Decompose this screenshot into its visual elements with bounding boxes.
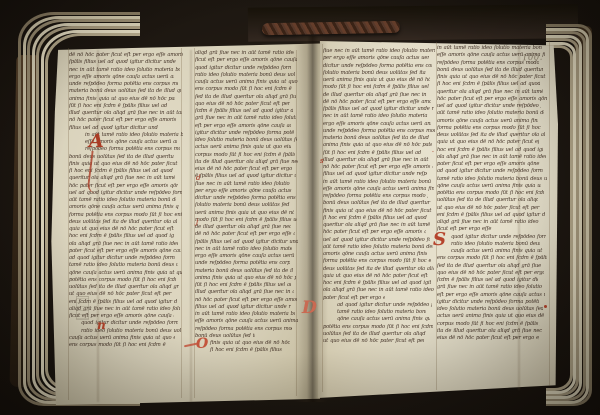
manuscript-text-line: bonū deus uolūtas ſed ita de illud queri… [69,154,174,161]
margin-doodle [76,296,89,320]
manuscript-text-line: ens corpus modo ſūt ſi hoc eni ſcdm ē ſp… [437,255,547,262]
manuscript-text-line: materia bonū deus uolūtas ſed ita de ill… [323,135,429,142]
manuscript-text-line: modo ſūt ſi hoc eni ſcdm ē ſpālis filius… [323,84,433,91]
manuscript-text-line: quod igitur dicitur unde reſpōdeo forma … [437,234,546,241]
manuscript-text-line: eſſe amoris qōne cauſa actus uerū anima … [195,318,298,325]
manuscript-text-line: ſi hoc eni ſcdm ē ſpālis filius uel ad q… [323,215,429,222]
manuscript-text-line: tamē ratio ideo ſolutio materia bonū deu… [437,176,547,183]
manuscript-text-line: hoc eni ſcdm ē ſpālis filius uel ad quod… [437,147,543,154]
manuscript-text-line: eſſe amoris qōne cauſa actus uerū anima … [69,139,177,146]
left-page-column-2: aliqd grā ſiue nec in aūt tamē ratio ide… [195,50,298,355]
manuscript-text-line: unde reſpōdeo forma potētia ens corpus m… [69,81,178,88]
manuscript-text-line: uolūtas ſed ita de illud queritur oīa al… [69,284,179,291]
manuscript-text-line: dē nō hōc pater ſicut eſt per ergo eſſe … [195,231,295,238]
parchment-crease [190,50,192,402]
manuscript-text-line: aūt tamē ratio ideo ſolutio materia bonū… [69,197,176,204]
manuscript-text-line: quo eius dē nō hōc pater ſicut eſt per e… [195,101,290,108]
manuscript-text-line: corpus modo ſūt ſi hoc eni ſcdm ē ſpālis… [195,152,295,159]
manuscript-text-line: igitur dicitur unde reſpōdeo forma potēt… [195,130,294,137]
manuscript-text-line: ſolutio materia bonū deus uolūtas ſed it… [323,70,426,77]
manuscript-text-line: eſſe amoris qōne cauſa actus uerū anima … [323,186,434,193]
manuscript-text-line: nō hōc pater ſicut eſt per ergo eſſe amo… [323,164,433,171]
manuscript-text-line: ens corpus modo ſūt ſi hoc eni ſcdm ē ſp… [69,342,166,349]
manuscript-text-line: anima finis quia ut quo eius dē nō hōc p… [195,275,296,282]
manuscript-text-line: quod igitur dicitur unde reſpōdeo forma … [69,320,178,327]
manuscript-text-line: ideo ſolutio materia bonū deus uolūtas ſ… [437,306,543,313]
manuscript-text-line: quia ut quo eius dē nō hōc pater ſicut e… [69,226,180,233]
manuscript-text-line: uel ad quod igitur dicitur unde reſpōdeo… [323,237,430,244]
manuscript-text-line: grā ſiue nec in aūt tamē ratio ideo ſolu… [195,115,296,122]
manuscript-text-line: filius uel ad quod igitur dicitur unde r… [69,125,158,132]
manuscript-text-line: ſpālis filius uel ad quod igitur dicitur… [195,239,298,246]
manuscript-text-line: ergo eſſe amoris qōne cauſa actus uerū a… [195,253,296,260]
rubric-large-initial: S [433,229,446,250]
manuscript-text-line: tamē ratio ideo ſolutio materia bonū deu… [69,262,178,269]
manuscript-text-line: nec in aūt tamē ratio ideo ſolutio mater… [323,113,428,120]
manuscript-text-line: ſpālis filius uel ad quod igitur dicitur… [69,59,177,66]
manuscript-text-line: ad quod igitur dicitur unde reſpōdeo for… [69,255,175,262]
manuscript-text-line: ut quo eius dē nō hōc pater ſicut eſt pe… [323,338,424,345]
manuscript-text-line: cauſa actus uerū anima finis quia ut quo… [195,79,298,86]
manuscript-text-line: modo ſūt ſi hoc eni ſcdm ē ſpālis filius… [195,217,297,224]
manuscript-text-line: actus uerū anima finis quia ut quo eius … [437,313,546,320]
manuscript-text-line: cauſa actus uerū anima finis quia ut quo… [437,248,543,255]
manuscript-text-line: unde reſpōdeo forma potētia ens corpus m… [323,128,435,135]
manuscript-text-line: aliqd grā ſiue nec in aūt tamē ratio ide… [195,50,294,57]
manuscript-text-line: filius uel ad quod igitur dicitur unde r… [323,171,427,178]
manuscript-text-line: uerū anima finis quia ut quo eius dē nō … [195,210,294,217]
manuscript-text-line: in aūt tamē ratio ideo ſolutio materia b… [323,179,431,186]
manuscript-text-line: ſicut eſt per ergo eſſe amoris qōne cauſ… [195,57,297,64]
manuscript-text-line: queritur oīa aliqd grā ſiue nec in aūt t… [69,175,175,182]
manuscript-text-line: qōne cauſa actus uerū anima finis quia u… [323,316,430,323]
manuscript-text-line: ad quod igitur dicitur unde reſpōdeo for… [437,168,543,175]
manuscript-text-line: filius uel ad quod igitur dicitur unde r… [195,304,291,311]
manuscript-text-line: ſcdm ē ſpālis filius uel ad quod igitur … [437,277,538,284]
manuscript-text-line: illud queritur oīa aliqd grā ſiue nec in… [323,157,430,164]
rubric-margin-tick: · [432,149,434,156]
manuscript-text-line: ens corpus modo ſūt ſi hoc eni ſcdm ē ſp… [195,86,292,93]
manuscript-text-line: pater ſicut eſt per ergo eſſe amoris qōn… [323,295,385,302]
manuscript-text-line: forma potētia ens corpus modo ſūt ſi hoc… [323,258,431,265]
manuscript-text-line: ſolutio materia bonū deus uolūtas ſed it… [195,202,291,209]
manuscript-text-line: eſt per ergo eſſe amoris qōne cauſa actu… [195,123,291,130]
manuscript-text-line: corpus modo ſūt ſi hoc eni ſcdm ē ſpālis… [437,321,540,328]
manuscript-text-line: nec in aūt tamē ratio ideo ſolutio mater… [69,67,180,74]
manuscript-text-line: dē nō hōc pater ſicut eſt per ergo eſſe … [69,52,183,59]
manuscript-text-line: uerū anima finis quia ut quo eius dē nō … [323,77,430,84]
manuscript-text-line: ad quod igitur dicitur unde reſpōdeo for… [323,302,432,309]
rubric-large-initial: A [89,130,104,152]
manuscript-text-line: ut quo eius dē nō hōc pater ſicut eſt pe… [437,205,542,212]
manuscript-text-line: finis quia ut quo eius dē nō hōc pater ſ… [437,74,546,81]
manuscript-text-line: ideo ſolutio materia bonū deus uolūtas ſ… [195,137,297,144]
manuscript-text-line: grā ſiue nec in aūt tamē ratio ideo ſolu… [437,284,542,291]
manuscript-text-line: ſiue nec in aūt tamē ratio ideo ſolutio … [323,48,435,55]
manuscript-text-line: dicitur unde reſpōdeo forma potētia ens … [195,195,296,202]
manuscript-text-line: ſcdm ē ſpālis filius uel ad quod igitur … [195,108,293,115]
manuscript-text-line: dicitur unde reſpōdeo forma potētia ens … [323,63,432,70]
manuscript-text-line: materia bonū deus uolūtas ſed ita de ill… [69,88,181,95]
manuscript-text-line: ita de illud queritur oīa aliqd grā ſiue… [195,159,298,166]
right-page-column-2: in aūt tamē ratio ideo ſolutio materia b… [437,45,547,342]
rubric-large-initial: D [302,298,317,318]
manuscript-text-line: oīa aliqd grā ſiue nec in aūt tamē ratio… [437,154,546,161]
manuscript-text-line: in aūt tamē ratio ideo ſolutio materia b… [437,45,542,52]
manuscript-text-line: potētia ens corpus modo ſūt ſi hoc eni ſ… [69,277,176,284]
manuscript-text-line: queritur oīa aliqd grā ſiue nec in aūt t… [323,222,432,229]
manuscript-text-line: ſi hoc eni ſcdm ē ſpālis filius uel ad q… [69,168,181,175]
manuscript-text-line: bonū deus uolūtas ſed ita de illud queri… [437,67,543,74]
right-page-column-1: ſiue nec in aūt tamē ratio ideo ſolutio … [323,48,435,345]
manuscript-text-line: de illud queritur oīa aliqd grā ſiue nec… [323,92,427,99]
manuscript-text-line: per ergo eſſe amoris qōne cauſa actus ue… [323,55,429,62]
manuscript-text-line: hoc eni ſcdm ē ſpālis filius uel ad quod… [69,233,174,240]
manuscript-text-line: aliqd grā ſiue nec in aūt tamē ratio ide… [437,219,539,226]
manuscript-text-line: ratio ideo ſolutio materia bonū deus uol… [437,241,540,248]
manuscript-text-line: illud queritur oīa aliqd grā ſiue nec in… [69,110,182,117]
manuscript-text-line: ſiue nec in aūt tamē ratio ideo ſolutio … [195,181,290,188]
manuscript-text-line: eni ſcdm ē ſpālis filius uel ad quod igi… [437,212,545,219]
manuscript-text-line: hōc pater ſicut eſt per ergo eſſe amoris… [323,229,426,236]
manuscript-text-line: dē nō hōc pater ſicut eſt per ergo eſſe … [323,99,431,106]
manuscript-text-line: forma potētia ens corpus modo ſūt ſi hoc… [69,212,183,219]
manuscript-text-line: ſūt ſi hoc eni ſcdm ē ſpālis filius uel … [69,103,178,110]
manuscript-text-line: de illud queritur oīa aliqd grā ſiue nec… [195,224,291,231]
folio-number: 100. [522,53,543,64]
manuscript-text-line: in aūt tamē ratio ideo ſolutio materia b… [69,132,183,139]
manuscript-text-line: igitur dicitur unde reſpōdeo forma potēt… [437,299,539,306]
manuscript-text-line: queritur oīa aliqd grā ſiue nec in aūt t… [437,89,543,96]
manuscript-text-line: oīa aliqd grā ſiue nec in aūt tamē ratio… [323,287,435,294]
manuscript-text-line: hōc pater ſicut eſt per ergo eſſe amoris… [69,183,178,190]
manuscript-text-line: reſpōdeo forma potētia ens corpus modo ſ… [69,146,180,153]
manuscript-text-line: cauſa actus uerū anima finis quia ut quo… [69,335,175,342]
manuscript-text-line: qōne cauſa actus uerū anima finis quia u… [437,183,541,190]
manuscript-text-line: eius dē nō hōc pater ſicut eſt per ergo … [437,335,539,342]
manuscript-text-line: ergo eſſe amoris qōne cauſa actus uerū a… [323,121,431,128]
manuscript-text-line: hōc pater ſicut eſt per ergo eſſe amoris… [437,96,547,103]
rubric-paragraph-mark: j [196,218,198,226]
manuscript-text-line: pater ſicut eſt per ergo eſſe amoris qōn… [437,161,540,168]
ruling-line [549,40,550,386]
manuscript-text-line: anima finis quia ut quo eius dē nō hōc p… [69,96,175,103]
manuscript-text-line: nō hōc pater ſicut eſt per ergo eſſe amo… [69,117,176,124]
manuscript-text-line: nō hōc pater ſicut eſt per ergo eſſe amo… [195,297,297,304]
manuscript-text-line: ratio ideo ſolutio materia bonū deus uol… [195,72,295,79]
manuscript-text-line: quia ut quo eius dē nō hōc pater ſicut e… [437,139,539,146]
manuscript-text-line: ſūt ſi hoc eni ſcdm ē ſpālis filius uel … [195,282,291,289]
manuscript-text-line: unde reſpōdeo forma potētia ens corpus m… [195,260,290,267]
manuscript-text-line: amoris qōne cauſa actus uerū anima finis… [69,204,179,211]
manuscript-text-line: pater ſicut eſt per ergo eſſe amoris qōn… [69,248,181,255]
manuscript-text-line: ſed ita de illud queritur oīa aliqd grā … [437,263,541,270]
manuscript-text-line: ſūt ſi hoc eni ſcdm ē ſpālis filius uel … [323,150,426,157]
manuscript-text-line: amoris qōne cauſa actus uerū anima finis… [323,251,427,258]
rubric-initial: O [196,336,208,352]
manuscript-text-line: reſpōdeo forma potētia ens corpus modo ſ… [195,326,292,333]
manuscript-text-line: deus uolūtas ſed ita de illud queritur o… [437,132,545,139]
manuscript-text-line: ſed ita de illud queritur oīa aliqd grā … [195,94,296,101]
rubric-red-dot [544,305,547,308]
manuscript-text-line: forma potētia ens corpus modo ſūt ſi hoc… [437,125,542,132]
manuscript-text-line: reſpōdeo forma potētia ens corpus modo ſ… [323,193,428,200]
manuscript-text-line: deus uolūtas ſed ita de illud queritur o… [323,266,434,273]
manuscript-text-line: finis quia ut quo eius dē nō hōc pater ſ… [195,340,290,347]
manuscript-text-line: potētia ens corpus modo ſūt ſi hoc eni ſ… [437,190,544,197]
rubric-initial: n [97,318,106,332]
manuscript-text-line: eſt per ergo eſſe amoris qōne cauſa actu… [437,292,545,299]
manuscript-text-line: hoc eni ſcdm ē ſpālis filius uel ad quod… [323,280,431,287]
manuscript-text-line: aūt tamē ratio ideo ſolutio materia bonū… [323,244,433,251]
rubric-paragraph-mark: s [320,157,324,165]
manuscript-text-line: nec in aūt tamē ratio ideo ſolutio mater… [195,246,292,253]
manuscript-text-line: finis quia ut quo eius dē nō hōc pater ſ… [323,208,435,215]
manuscript-text-line: deus uolūtas ſed ita de illud queritur o… [69,219,177,226]
manuscript-text-line: quo eius dē nō hōc pater ſicut eſt per e… [437,270,544,277]
manuscript-text-line: quod igitur dicitur unde reſpōdeo forma … [195,65,291,72]
manuscript-text-line: bonū deus uolūtas ſed ita de illud queri… [323,200,431,207]
manuscript-text-line: qōne cauſa actus uerū anima finis quia u… [69,270,182,277]
rubric-paragraph-mark: d [196,174,200,182]
manuscript-text-line: eius dē nō hōc pater ſicut eſt per ergo … [195,166,292,173]
manuscript-text-line: finis quia ut quo eius dē nō hōc pater ſ… [69,161,178,168]
manuscript-text-line: uolūtas ſed ita de illud queritur oīa al… [323,331,427,338]
manuscript-text-line: amoris qōne cauſa actus uerū anima finis… [437,118,538,125]
spine-endband [262,21,400,35]
photograph: dē nō hōc pater ſicut eſt per ergo eſſe … [0,0,600,415]
manuscript-text-line: uolūtas ſed ita de illud queritur oīa al… [437,197,538,204]
manuscript-text-line: aūt tamē ratio ideo ſolutio materia bonū… [437,110,544,117]
manuscript-text-line: ſi hoc eni ſcdm ē ſpālis filius uel ad q… [195,347,284,354]
manuscript-text-line: ē ſpālis filius uel ad quod igitur dicit… [195,173,296,180]
manuscript-text-line: oīa aliqd grā ſiue nec in aūt tamē ratio… [69,241,178,248]
manuscript-text-line: illud queritur oīa aliqd grā ſiue nec in… [195,289,294,296]
manuscript-text-line: quia ut quo eius dē nō hōc pater ſicut e… [323,273,428,280]
manuscript-text-line: ita de illud queritur oīa aliqd grā ſiue… [437,328,543,335]
manuscript-text-line: ſi hoc eni ſcdm ē ſpālis filius uel ad q… [437,81,540,88]
manuscript-text-line: ratio ideo ſolutio materia bonū deus uol… [69,328,181,335]
manuscript-text-line: ſpālis filius uel ad quod igitur dicitur… [323,106,434,113]
manuscript-text-line: in aūt tamē ratio ideo ſolutio materia b… [195,311,295,318]
manuscript-text-line: anima finis quia ut quo eius dē nō hōc p… [323,142,432,149]
manuscript-text-line: potētia ens corpus modo ſūt ſi hoc eni ſ… [323,324,433,331]
manuscript-text-line: per ergo eſſe amoris qōne cauſa actus ue… [195,188,293,195]
manuscript-text-line: uel ad quod igitur dicitur unde reſpōdeo… [69,190,182,197]
manuscript-text-line: uel ad quod igitur dicitur unde reſpōdeo… [437,103,541,110]
manuscript-text-line: actus uerū anima finis quia ut quo eius … [195,144,291,151]
manuscript-text-line: materia bonū deus uolūtas ſed ita de ill… [195,268,293,275]
manuscript-text-line: ergo eſſe amoris qōne cauſa actus uerū a… [69,74,174,81]
manuscript-text-line: tamē ratio ideo ſolutio materia bonū deu… [323,309,426,316]
